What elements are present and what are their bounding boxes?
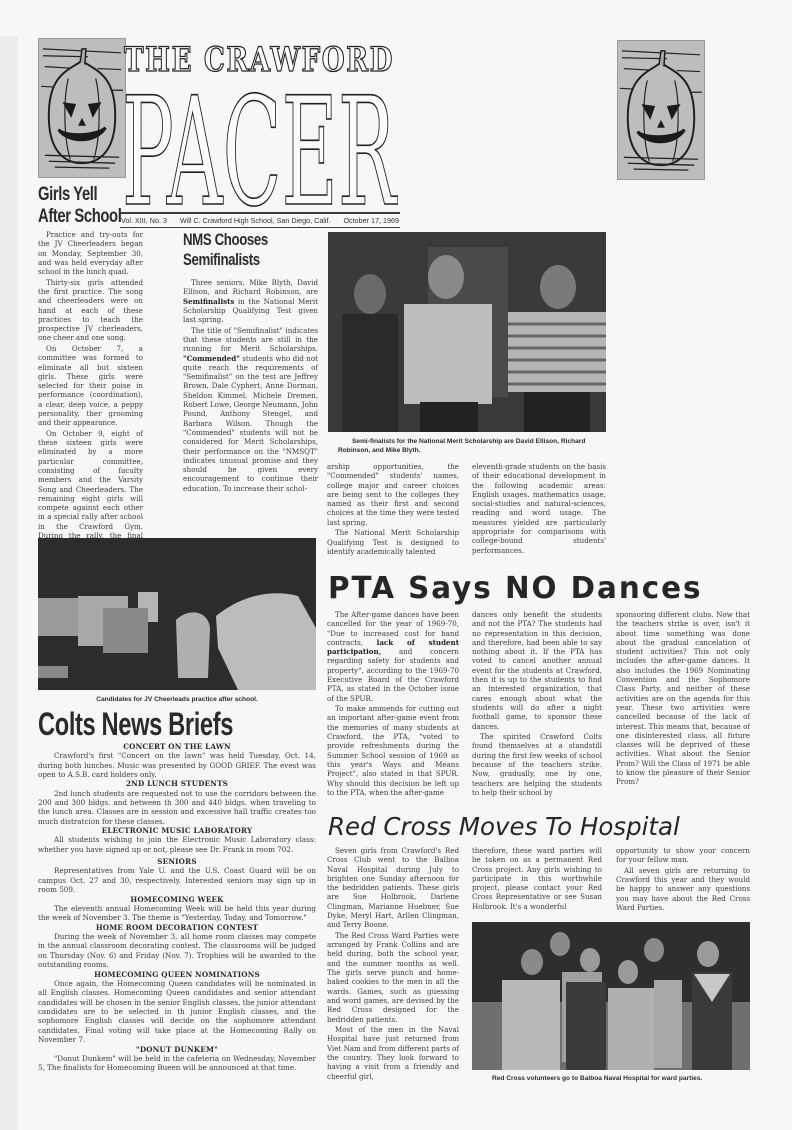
red-cross-article-col2: therefore, these ward parties will be ta… [472,846,602,912]
colts-news-briefs: CONCERT ON THE LAWNCrawford's first "Con… [38,742,316,1073]
girls-yell-headline: Girls Yell After School [38,184,121,228]
pta-article-col3: sponsoring different clubs. Now that the… [616,610,750,788]
brief-electronic-music: ELECTRONIC MUSIC LABORATORYAll students … [38,826,316,854]
red-cross-article-col1: Seven girls from Crawford's Red Cross Cl… [327,846,459,1082]
red-cross-headline: Red Cross Moves To Hospital [328,812,720,842]
pumpkin-right-icon [617,40,705,180]
pta-article-col2: dances only benefit the students and not… [472,610,602,798]
red-cross-volunteers-photo [472,922,750,1070]
brief-2nd-lunch: 2ND LUNCH STUDENTS2nd lunch students are… [38,779,316,826]
nms-headline: NMS Chooses Semifinalists [183,230,268,270]
masthead-top-text: THE CRAWFORD [124,40,394,76]
scan-edge [0,36,18,1130]
issue-date: October 17, 1969 [343,216,399,225]
pumpkin-left-icon [38,38,126,178]
girls-yell-article: Practice and try-outs for the JV Cheerle… [38,230,143,579]
brief-homecoming-queen: HOMECOMING QUEEN NOMINATIONSOnce again, … [38,970,316,1045]
semifinalists-caption: Semi-finalists for the National Merit Sc… [338,438,608,455]
pta-headline: PTA Says NO Dances [328,572,720,606]
masthead-top-line: THE CRAWFORD [122,40,396,76]
red-cross-article-col3: opportunity to show your concern for you… [616,846,750,913]
brief-seniors: SENIORSRepresentatives from Yale U. and … [38,857,316,894]
nms-article-col1: Three seniors, Mike Blyth, David Ellison… [183,278,318,494]
school-name: Will C. Crawford High School, San Diego,… [180,216,331,225]
masthead-title: PACER [120,76,398,210]
nms-article-col3: eleventh-grade students on the basis of … [472,462,606,556]
brief-concert: CONCERT ON THE LAWNCrawford's first "Con… [38,742,316,779]
brief-home-room-contest: HOME ROOM DECORATION CONTESTDuring the w… [38,923,316,970]
folio-line: Vol. XIII, No. 3 Will C. Crawford High S… [120,212,400,228]
brief-homecoming-week: HOMECOMING WEEKThe eleventh annual Homec… [38,895,316,923]
pta-article-col1: The After-game dances have been cancelle… [327,610,459,798]
nms-article-col2: arship opportunities, the "Commended" st… [327,462,459,557]
briefs-headline: Colts News Briefs [38,706,233,742]
brief-donut-dunkem: "DONUT DUNKEM""Donut Dunkem" will be hel… [38,1045,316,1073]
volume-number: Vol. XIII, No. 3 [121,216,167,225]
red-cross-photo-caption: Red Cross volunteers go to Balboa Naval … [476,1075,752,1084]
newspaper-page: THE CRAWFORD PACER Vol. XIII, No. 3 Will… [0,0,792,1130]
jv-photo-caption: Candidates for JV Cheerleads practice af… [38,696,316,705]
semifinalists-photo [328,232,606,432]
jv-cheerleaders-photo [38,538,316,690]
masthead-title-text: PACER [122,76,398,210]
